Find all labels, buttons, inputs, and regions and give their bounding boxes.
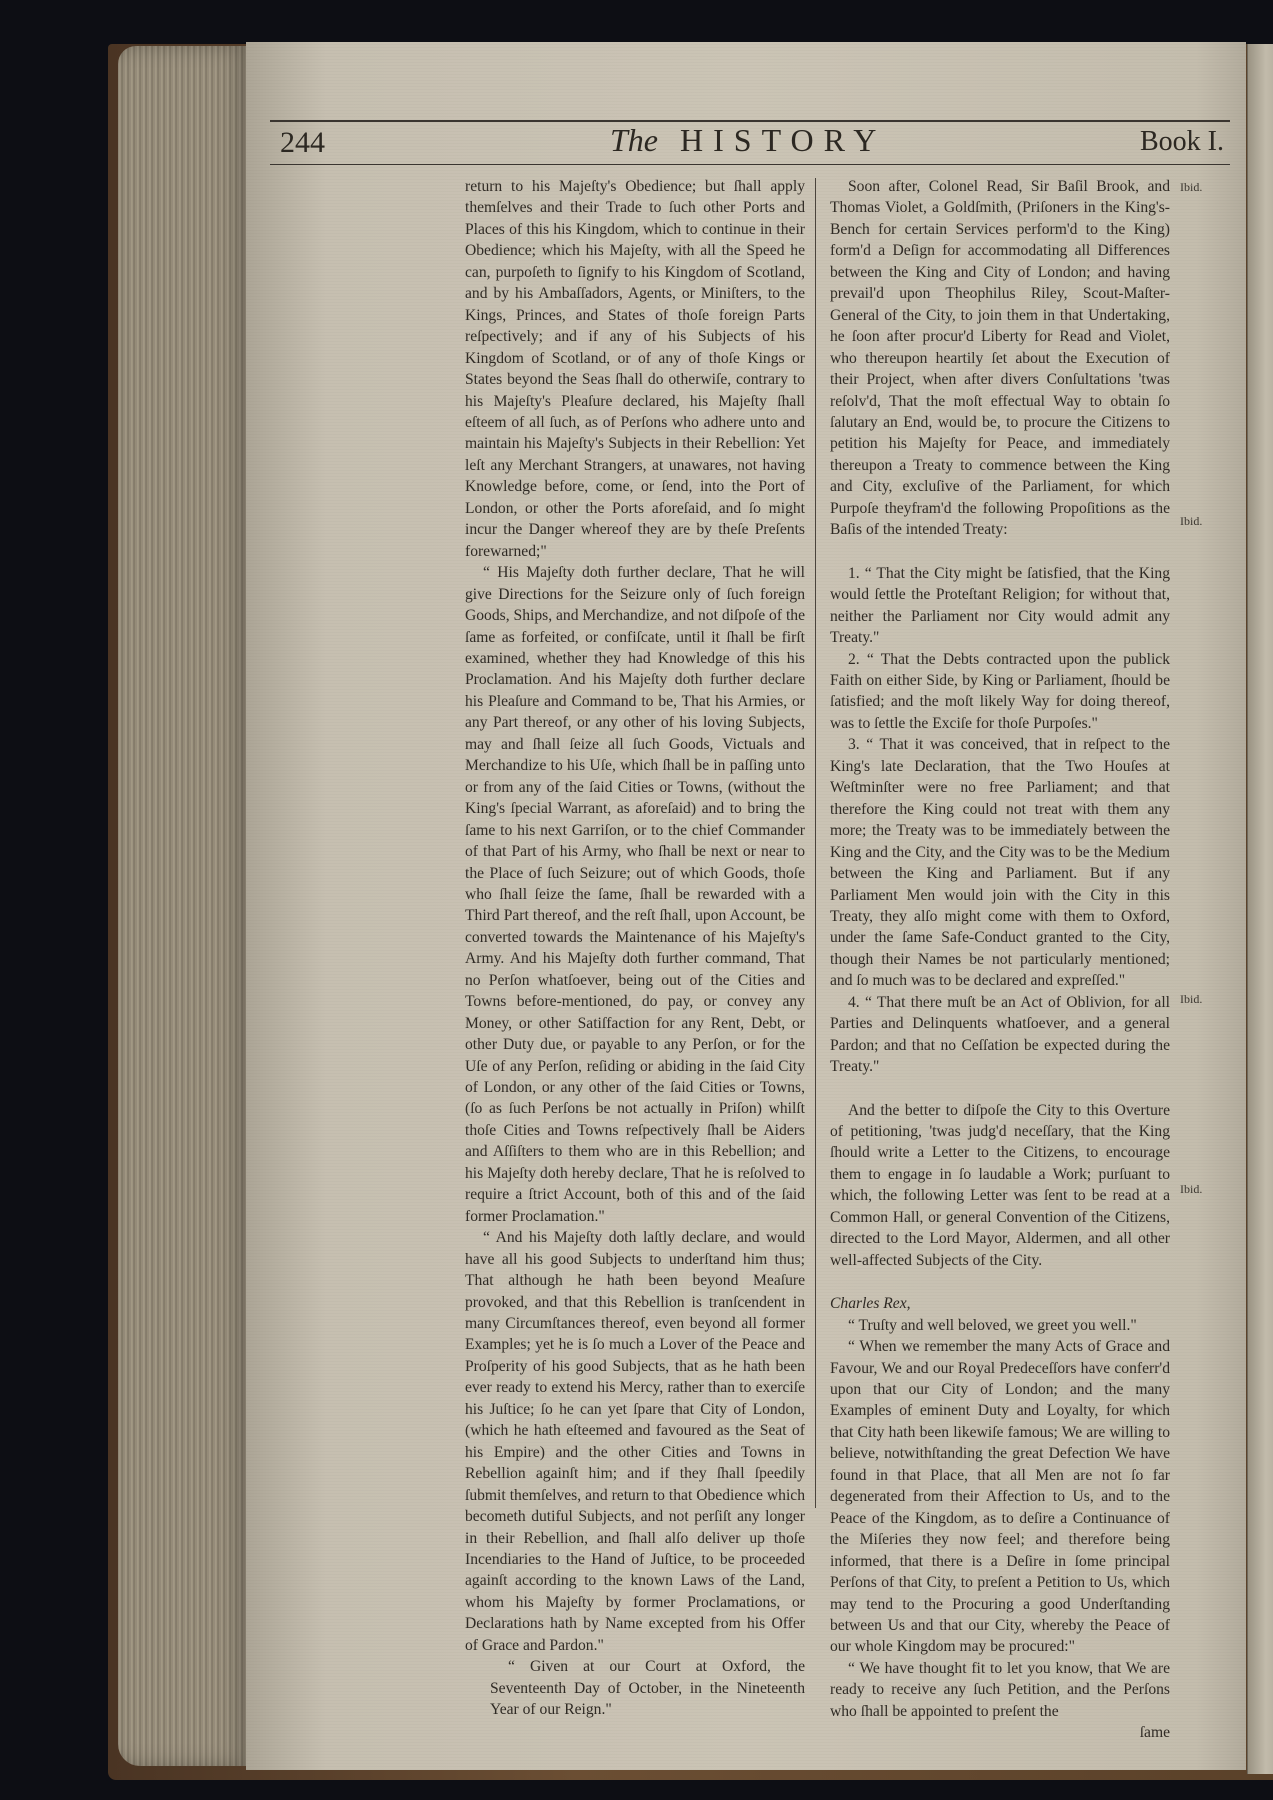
column-divider bbox=[815, 178, 816, 1508]
paragraph: 1. “ That the City might be ſatisfied, t… bbox=[830, 563, 1170, 649]
paragraph: Soon after, Colonel Read, Sir Baſil Broo… bbox=[830, 176, 1170, 541]
paragraph: “ Given at our Court at Oxford, the Seve… bbox=[490, 1656, 805, 1720]
paragraph: “ His Majeſty doth further declare, That… bbox=[465, 562, 805, 1227]
paragraph: 2. “ That the Debts contracted upon the … bbox=[830, 649, 1170, 735]
paragraph: “ And his Majeſty doth laſtly declare, a… bbox=[465, 1227, 805, 1656]
catchword: ſame bbox=[830, 1722, 1170, 1743]
facing-page-edge bbox=[1247, 44, 1273, 1774]
paragraph: “ When we remember the many Acts of Grac… bbox=[830, 1336, 1170, 1658]
paragraph: 4. “ That there muſt be an Act of Oblivi… bbox=[830, 992, 1170, 1078]
paragraph-gap bbox=[830, 1271, 1170, 1293]
paragraph: “ Truſty and well beloved, we greet you … bbox=[830, 1315, 1170, 1336]
letter-salutation: Charles Rex, bbox=[830, 1293, 1170, 1314]
margin-note: Ibid. bbox=[1180, 180, 1202, 195]
paragraph-gap bbox=[830, 1078, 1170, 1100]
running-title-prefix: The bbox=[610, 122, 658, 158]
paragraph: 3. “ That it was conceived, that in reſp… bbox=[830, 734, 1170, 991]
paragraph-gap bbox=[830, 541, 1170, 563]
page-number: 244 bbox=[280, 126, 325, 160]
running-title: TheHISTORY bbox=[610, 122, 886, 159]
paragraph: And the better to diſpoſe the City to th… bbox=[830, 1100, 1170, 1272]
paragraph: return to his Majeſty's Obedience; but ſ… bbox=[465, 176, 805, 562]
running-header: 244 TheHISTORY Book I. bbox=[270, 120, 1230, 165]
page-edges bbox=[118, 46, 248, 1766]
left-column: return to his Majeſty's Obedience; but ſ… bbox=[465, 176, 805, 1721]
paragraph: “ We have thought fit to let you know, t… bbox=[830, 1658, 1170, 1722]
running-title-main: HISTORY bbox=[680, 122, 886, 158]
margin-note: Ibid. bbox=[1180, 992, 1202, 1007]
right-column: Soon after, Colonel Read, Sir Baſil Broo… bbox=[830, 176, 1170, 1744]
margin-note: Ibid. bbox=[1180, 1182, 1202, 1197]
margin-note: Ibid. bbox=[1180, 514, 1202, 529]
book-label: Book I. bbox=[1140, 126, 1224, 158]
